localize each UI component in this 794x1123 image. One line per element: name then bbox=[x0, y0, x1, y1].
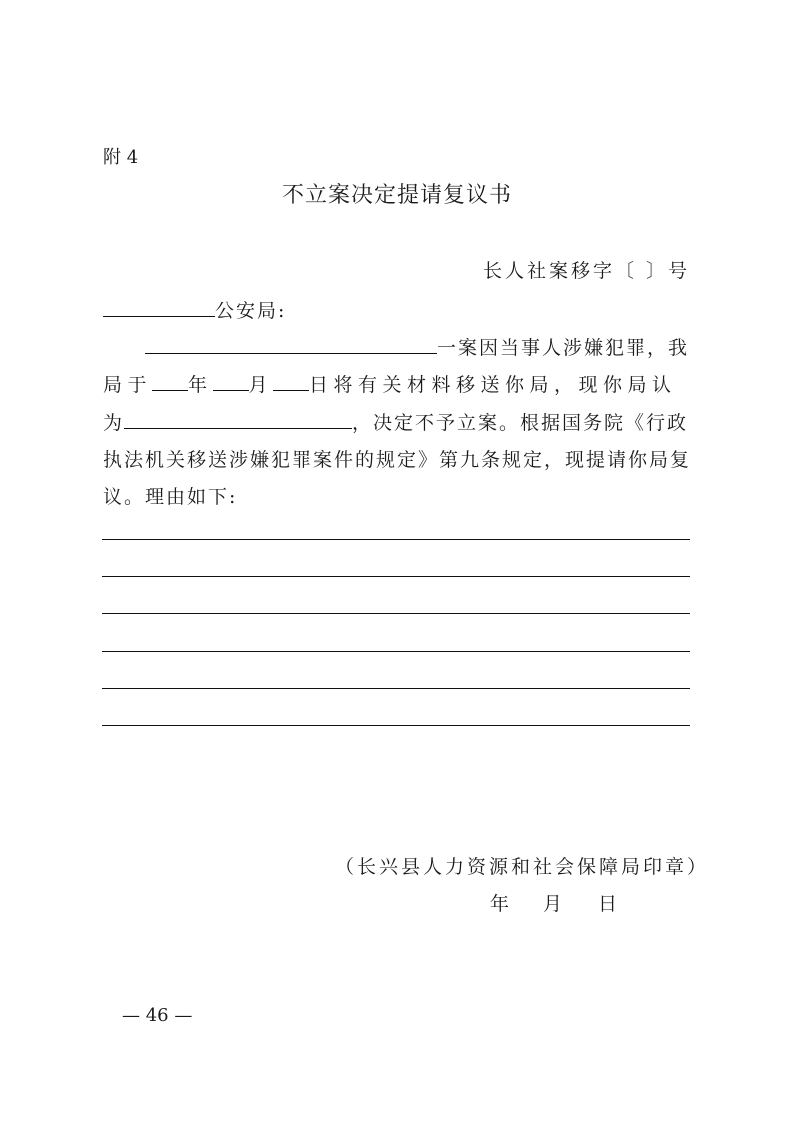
document-title: 不立案决定提请复议书 bbox=[0, 178, 794, 209]
line1-text: 一案因当事人涉嫌犯罪，我 bbox=[437, 337, 689, 359]
date-day: 日 bbox=[598, 889, 617, 916]
year-blank[interactable] bbox=[152, 372, 188, 391]
paragraph-line-3: 为，决定不予立案。根据国务院《行政 bbox=[103, 408, 688, 435]
addressee-suffix: 公安局: bbox=[215, 300, 286, 322]
page-number: — 46 — bbox=[122, 1005, 192, 1026]
day-blank[interactable] bbox=[273, 372, 309, 391]
police-bureau-blank[interactable] bbox=[103, 298, 215, 317]
year-label: 年 bbox=[188, 374, 213, 396]
annex-label: 附 4 bbox=[103, 143, 138, 169]
line3-suffix: ，决定不予立案。根据国务院《行政 bbox=[352, 412, 688, 434]
month-blank[interactable] bbox=[213, 372, 249, 391]
line3-prefix: 为 bbox=[103, 412, 124, 434]
reason-blank[interactable] bbox=[124, 410, 352, 429]
paragraph-line-1: 一案因当事人涉嫌犯罪，我 bbox=[145, 333, 689, 360]
month-label: 月 bbox=[249, 374, 274, 396]
line2-prefix: 局于 bbox=[103, 374, 152, 396]
line2-suffix: 日将有关材料移送你局，现你局认 bbox=[309, 374, 677, 396]
reason-line-2[interactable] bbox=[102, 576, 690, 577]
case-name-blank[interactable] bbox=[145, 335, 437, 354]
paragraph-line-5: 议。理由如下: bbox=[103, 482, 237, 509]
date-year: 年 bbox=[490, 889, 543, 916]
paragraph-line-2: 局于年月日将有关材料移送你局，现你局认 bbox=[103, 370, 677, 397]
paragraph-line-4: 执法机关移送涉嫌犯罪案件的规定》第九条规定，现提请你局复 bbox=[103, 445, 691, 472]
addressee-line: 公安局: bbox=[103, 296, 286, 323]
date-month: 月 bbox=[543, 889, 598, 916]
document-number: 长人社案移字〔 〕号 bbox=[483, 256, 690, 283]
reason-line-4[interactable] bbox=[102, 651, 690, 652]
reason-line-3[interactable] bbox=[102, 613, 690, 614]
seal-label: （长兴县人力资源和社会保障局印章） bbox=[335, 852, 709, 879]
reason-line-1[interactable] bbox=[102, 539, 690, 540]
reason-line-6[interactable] bbox=[102, 725, 690, 726]
date-line: 年月日 bbox=[490, 889, 617, 916]
reason-line-5[interactable] bbox=[102, 688, 690, 689]
